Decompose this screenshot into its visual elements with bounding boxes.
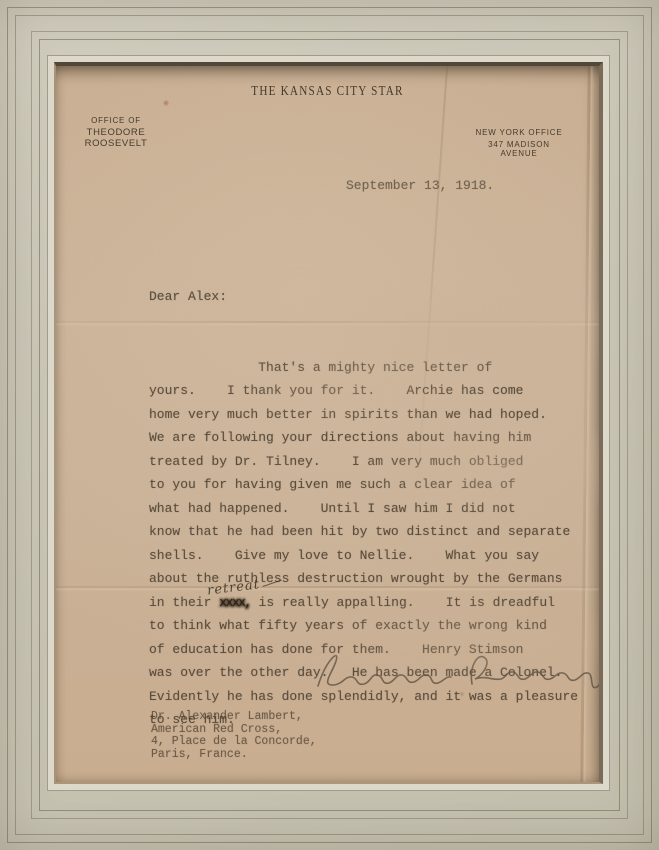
letterhead-ny-office-line2: 347 MADISON AVENUE xyxy=(472,140,566,158)
body-line: We are following your directions about h… xyxy=(149,426,601,450)
address-line: Dr. Alexander Lambert, xyxy=(151,711,317,724)
letter-date: September 13, 1918. xyxy=(346,178,494,193)
letterhead-office-line1: OFFICE OF xyxy=(60,116,172,125)
letter-paper: THE KANSAS CITY STAR OFFICE OF THEODORE … xyxy=(54,62,603,784)
body-line: yours. I thank you for it. Archie has co… xyxy=(149,379,601,403)
body-line: know that he had been hit by two distinc… xyxy=(149,520,601,544)
framed-letter-photo: THE KANSAS CITY STAR OFFICE OF THEODORE … xyxy=(0,0,659,850)
address-line: Paris, France. xyxy=(151,749,317,762)
signature-first-name-stroke xyxy=(318,656,451,686)
letterhead-ny-office-block: NEW YORK OFFICE 347 MADISON AVENUE xyxy=(472,128,566,158)
salutation: Dear Alex: xyxy=(149,285,601,309)
body-line: to you for having given me such a clear … xyxy=(149,473,601,497)
signature-handwriting xyxy=(314,644,603,699)
mat-window: THE KANSAS CITY STAR OFFICE OF THEODORE … xyxy=(47,55,610,791)
body-line: in their retreatxxxx, is really appallin… xyxy=(149,591,601,615)
letterhead-office-line2: THEODORE ROOSEVELT xyxy=(60,127,172,149)
body-line: That's a mighty nice letter of xyxy=(149,356,601,380)
body-line: treated by Dr. Tilney. I am very much ob… xyxy=(149,450,601,474)
letter-body: Dear Alex: That's a mighty nice letter o… xyxy=(149,238,601,784)
letterhead-office-block: OFFICE OF THEODORE ROOSEVELT xyxy=(60,116,172,149)
body-line: shells. Give my love to Nellie. What you… xyxy=(149,544,601,568)
signature-last-name-stroke xyxy=(471,648,603,692)
letterhead-ny-office-line1: NEW YORK OFFICE xyxy=(472,128,566,137)
recipient-address: Dr. Alexander Lambert,American Red Cross… xyxy=(151,711,317,762)
body-line: what had happened. Until I saw him I did… xyxy=(149,497,601,521)
body-line: home very much better in spirits than we… xyxy=(149,403,601,427)
letterhead-title: THE KANSAS CITY STAR xyxy=(110,84,544,100)
body-line: to think what fifty years of exactly the… xyxy=(149,614,601,638)
closing-line: Faithfully yours, xyxy=(328,779,601,785)
